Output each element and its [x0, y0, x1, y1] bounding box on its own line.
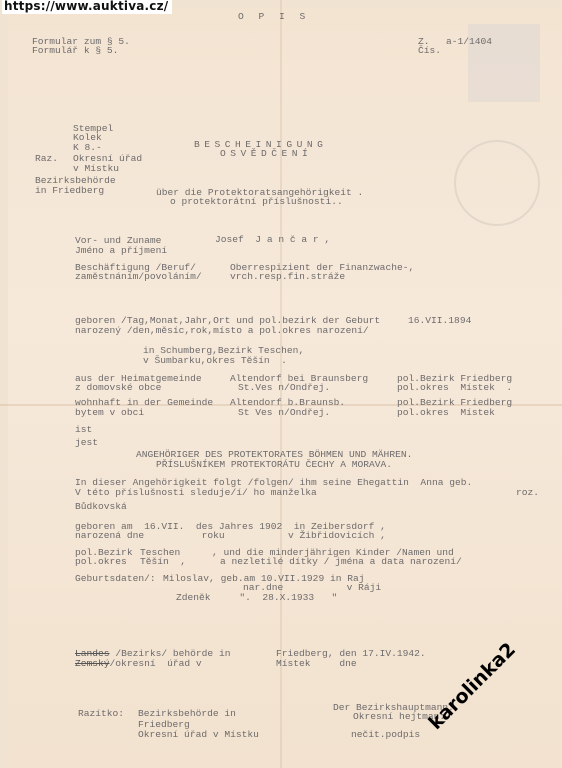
- document-title-opis: O P I S: [238, 12, 310, 22]
- residence-label-cz: bytem v obci: [75, 408, 144, 418]
- declaration-cz: PŘÍSLUŠNÍKEM PROTEKTORÁTU ČECHY A MORAVA…: [156, 460, 392, 470]
- birthdates-label: Geburtsdaten/:: [75, 574, 156, 584]
- name-value: Josef J a n č a r ,: [215, 235, 330, 245]
- raz-label: Raz.: [35, 154, 58, 164]
- occupation-value-cz: vrch.resp.fin.stráže: [230, 272, 345, 282]
- roz-label: roz.: [516, 488, 539, 498]
- occupation-label-cz: zaměstnáním/povoláním/: [75, 272, 202, 282]
- office-de-2: in Friedberg: [35, 186, 104, 196]
- office-cz-2: v Místku: [73, 164, 119, 174]
- birth-date: 16.VII.1894: [408, 316, 471, 326]
- faded-round-stamp: [454, 140, 540, 226]
- subtitle-cz: o protektorátní příslušnosti..: [170, 197, 343, 207]
- residence-district-cz: pol.okres Místek: [397, 408, 495, 418]
- birth-place-cz: v Šumbarku,okres Těšín .: [143, 356, 287, 366]
- home-district-cz: pol.okres Místek .: [397, 383, 512, 393]
- form-label-cz: Formulář k § 5.: [32, 46, 118, 56]
- office-cz: /okresní úřad v: [110, 658, 202, 669]
- name-label-cz: Jméno a příjmení: [75, 246, 167, 256]
- district-label-cz: pol.okres: [75, 557, 127, 567]
- ref-number: a-1/1404: [446, 37, 492, 47]
- birth-label-cz: narozený /den,měsíc,rok,místo a pol.okre…: [75, 326, 369, 336]
- issue-place-cz: Místek dne: [276, 659, 357, 669]
- source-url-watermark: https://www.auktiva.cz/: [2, 0, 172, 14]
- wife-birth-cz: narozená dne roku v Žibřidovicích ,: [75, 531, 386, 541]
- stamp-footer-label: Razítko:: [78, 709, 124, 719]
- ref-label-cz: Čís.: [418, 46, 441, 56]
- home-label-cz: z domovské obce: [75, 383, 161, 393]
- stamp-footer-line3: Okresní úřad v Místku: [138, 730, 259, 740]
- ist-de: ist: [75, 425, 92, 435]
- wife-maiden-name: Bůdkovská: [75, 502, 127, 512]
- office-cz-struck: Zemský: [75, 658, 110, 669]
- residence-value-cz: St Ves n/Ondřej.: [238, 408, 330, 418]
- district-value-cz: Těšín ,: [140, 557, 186, 567]
- stamp-footer-line1: Bezirksbehörde in: [138, 709, 236, 719]
- children-cz: a nezletilé dítky / jména a data narozen…: [220, 557, 462, 567]
- ist-cz: jest: [75, 438, 98, 448]
- child-2: Zdeněk ". 28.X.1933 ": [176, 593, 337, 603]
- home-value-cz: St.Ves n/Ondřej.: [238, 383, 330, 393]
- title-cz: OSVĚDČENÍ: [220, 149, 312, 159]
- family-intro-cz: V této příslušnosti sleduje/í/ ho manžel…: [75, 488, 317, 498]
- signature: nečit.podpis: [351, 730, 420, 740]
- kolek-value: K 8.-: [73, 143, 102, 153]
